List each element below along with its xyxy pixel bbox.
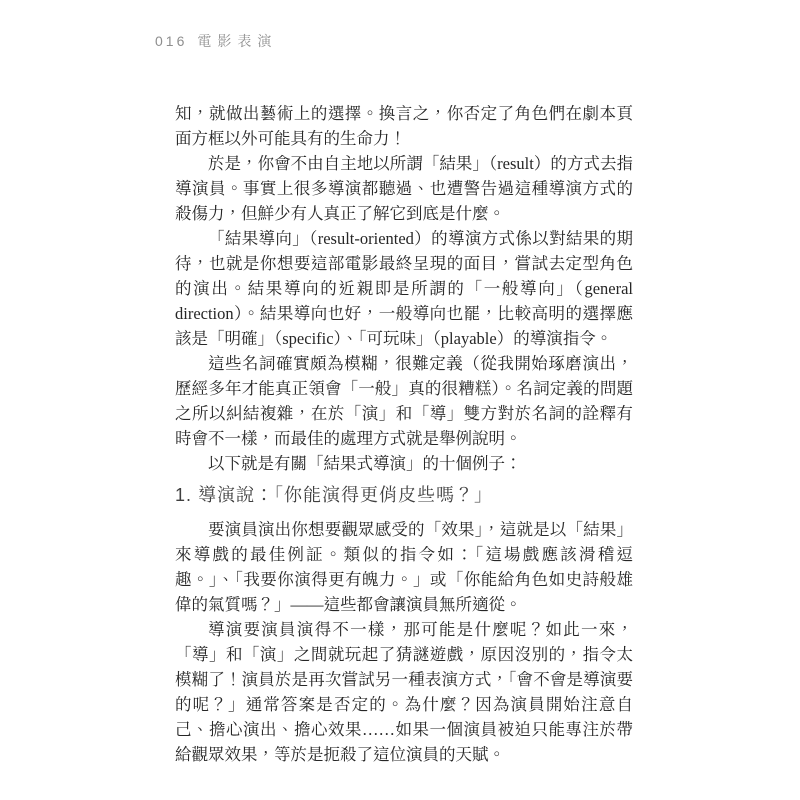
- paragraph: 這些名詞確實頗為模糊，很難定義（從我開始琢磨演出，歷經多年才能真正領會「一般」真…: [175, 351, 633, 451]
- page-number: 016: [155, 33, 187, 49]
- section-heading-1: 1. 導演說：「你能演得更俏皮些嗎？」: [175, 485, 633, 505]
- paragraph: 於是，你會不由自主地以所謂「結果」（result）的方式去指導演員。事實上很多導…: [175, 151, 633, 226]
- book-title: 電影表演: [197, 33, 277, 49]
- paragraph-continuation: 知，就做出藝術上的選擇。換言之，你否定了角色們在劇本頁面方框以外可能具有的生命力…: [175, 101, 633, 151]
- paragraph: 「結果導向」（result-oriented）的導演方式係以對結果的期待，也就是…: [175, 226, 633, 351]
- paragraph: 導演要演員演得不一樣，那可能是什麼呢？如此一來，「導」和「演」之間就玩起了猜謎遊…: [175, 617, 633, 767]
- running-head: 016電影表演: [155, 31, 277, 51]
- paragraph: 要演員演出你想要觀眾感受的「效果」，這就是以「結果」來導戲的最佳例証。類似的指令…: [175, 517, 633, 617]
- book-page: 016電影表演 知，就做出藝術上的選擇。換言之，你否定了角色們在劇本頁面方框以外…: [0, 0, 800, 800]
- main-text-block: 知，就做出藝術上的選擇。換言之，你否定了角色們在劇本頁面方框以外可能具有的生命力…: [175, 101, 633, 767]
- paragraph: 以下就是有關「結果式導演」的十個例子：: [175, 451, 633, 476]
